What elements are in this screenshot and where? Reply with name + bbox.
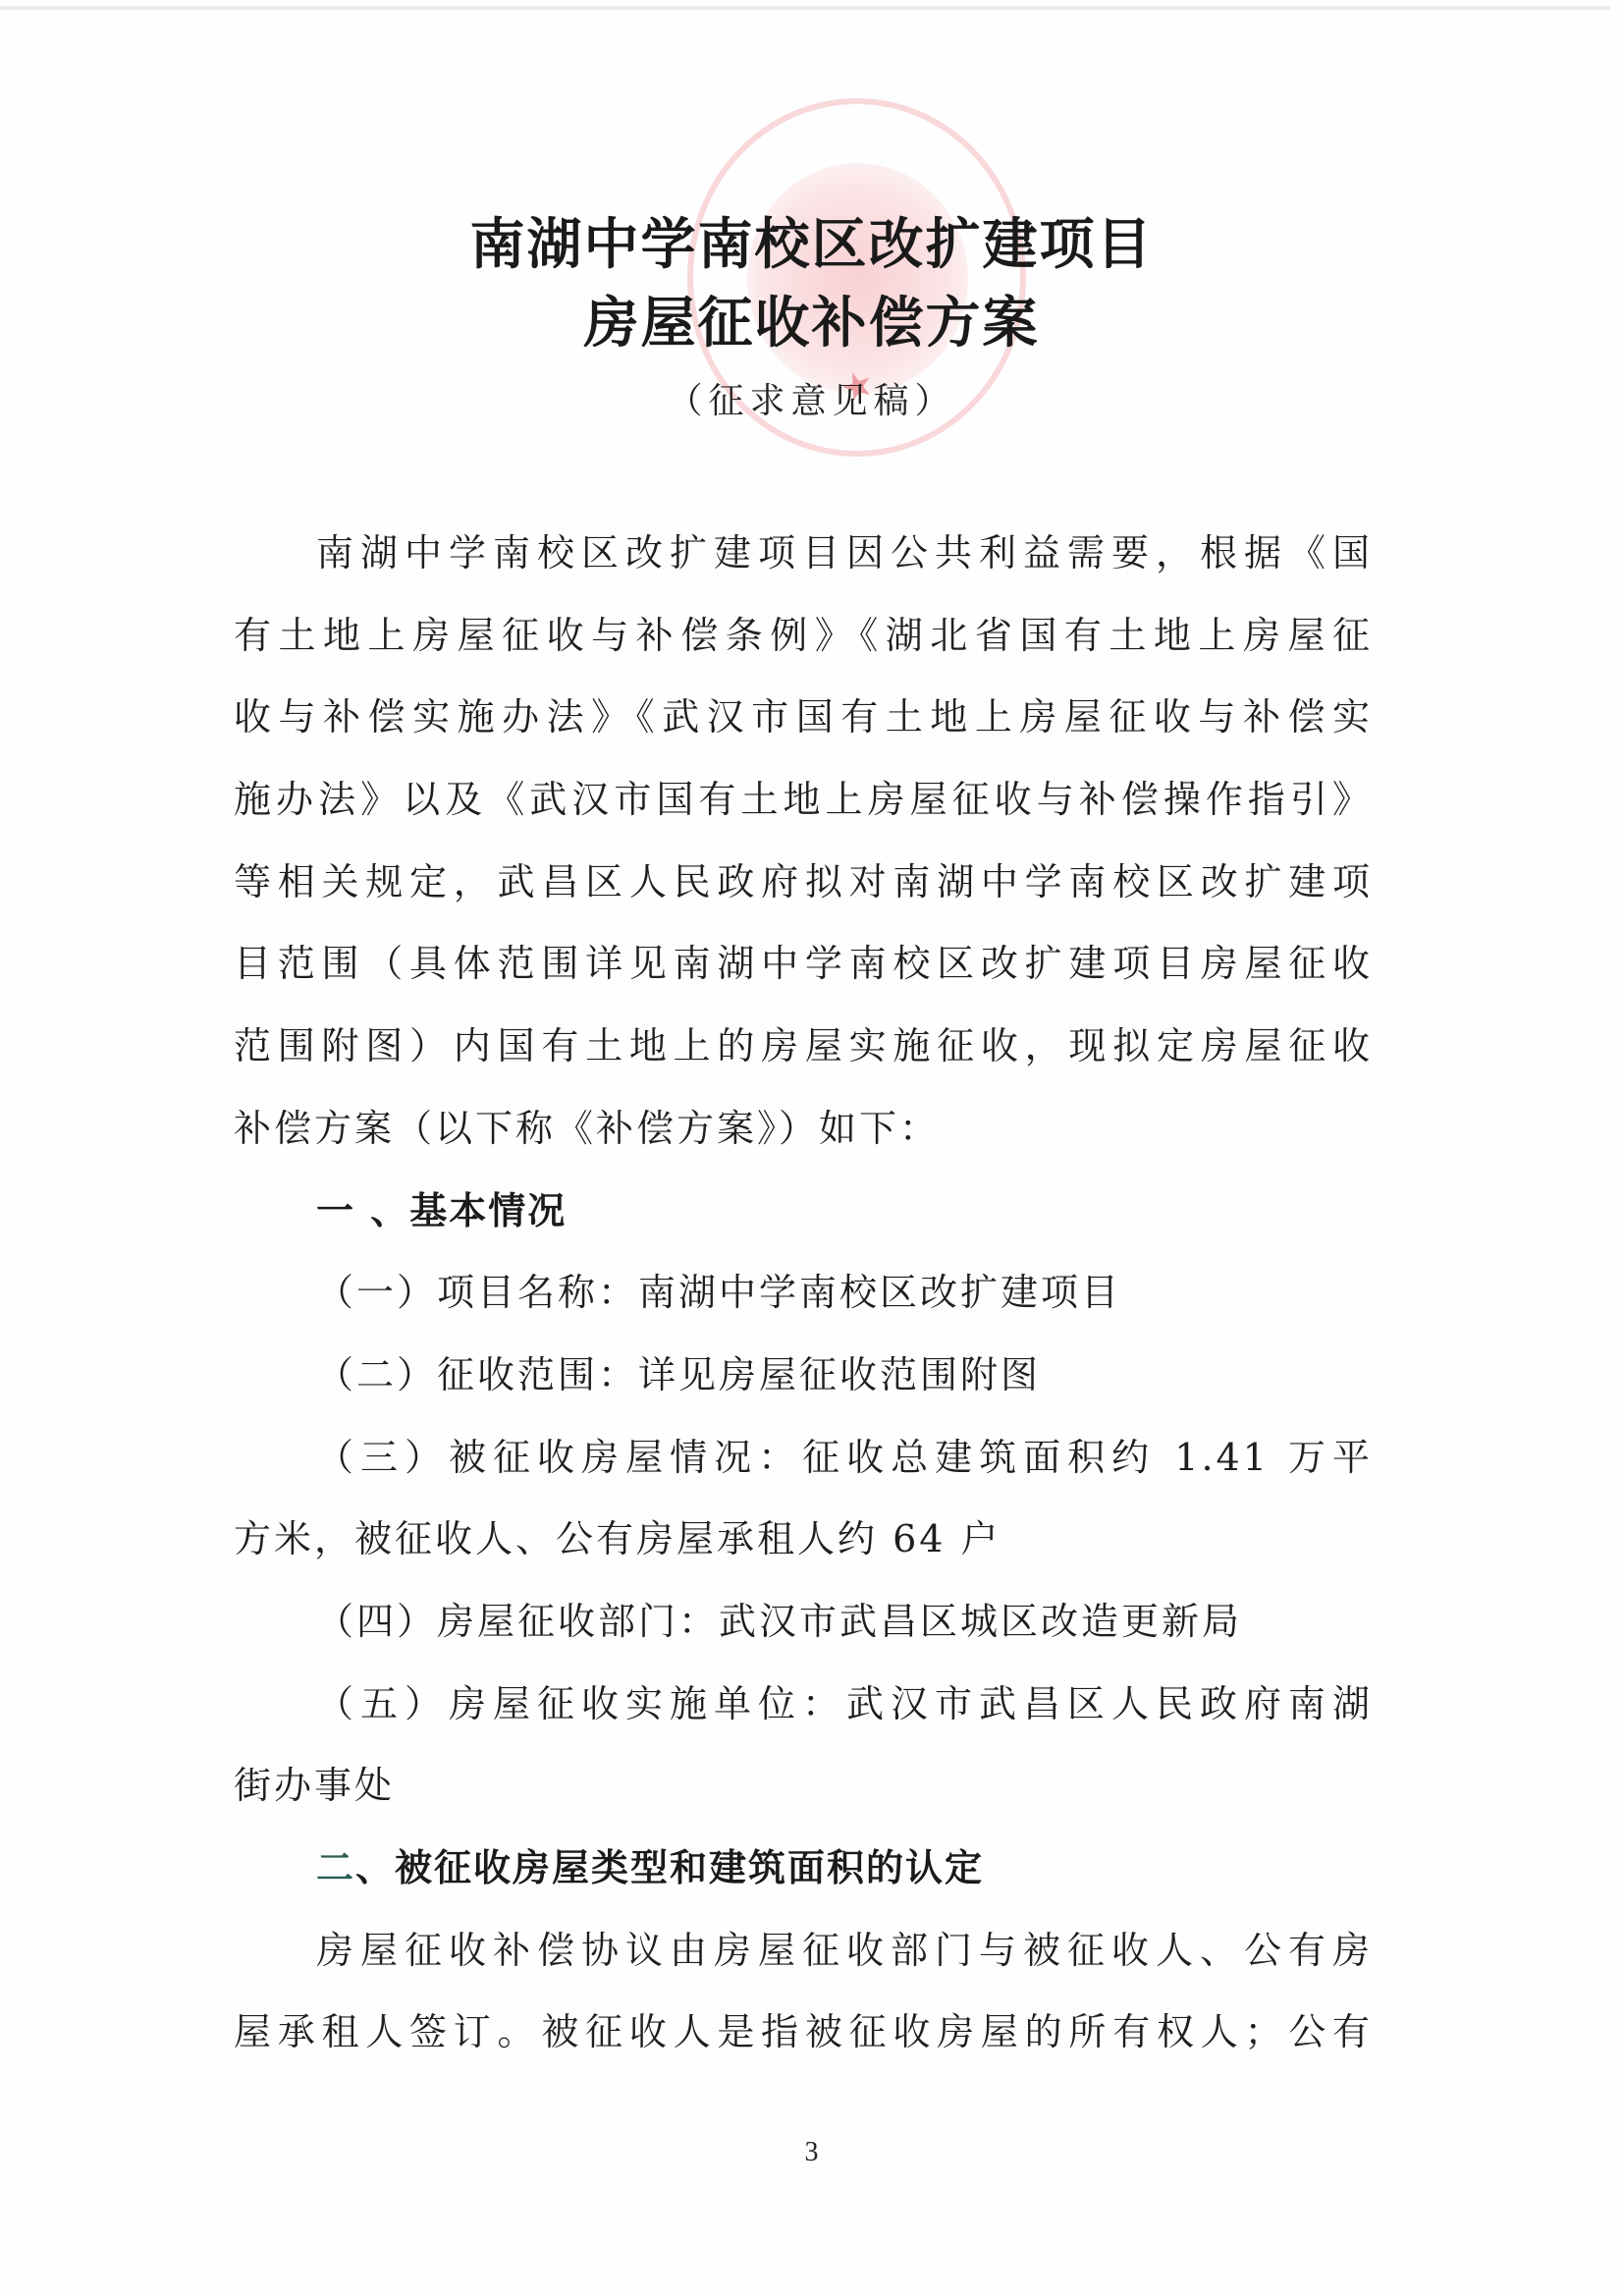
text-line: 目范围（具体范围详见南湖中学南校区改扩建项目房屋征收 xyxy=(234,923,1373,1006)
section-number: 二 xyxy=(316,1846,355,1889)
intro-paragraph: 南湖中学南校区改扩建项目因公共利益需要，根据《国 有土地上房屋征收与补偿条例》《… xyxy=(234,513,1373,1171)
text-line: 有土地上房屋征收与补偿条例》《湖北省国有土地上房屋征 xyxy=(234,595,1373,678)
text-line: 屋承租人签订。被征收人是指被征收房屋的所有权人；公有 xyxy=(234,1992,1373,2074)
document-title-line2: 房屋征收补偿方案 xyxy=(0,280,1623,358)
list-item-implementing-unit-cont: 街办事处 xyxy=(234,1745,1373,1828)
document-subtitle: （征求意见稿） xyxy=(0,373,1623,423)
list-item-implementing-unit: （五）房屋征收实施单位：武汉市武昌区人民政府南湖 xyxy=(234,1664,1373,1746)
text-line: 范围附图）内国有土地上的房屋实施征收，现拟定房屋征收 xyxy=(234,1006,1373,1088)
list-item-department: （四）房屋征收部门：武汉市武昌区城区改造更新局 xyxy=(234,1581,1373,1664)
text-line: 收与补偿实施办法》《武汉市国有土地上房屋征收与补偿实 xyxy=(234,677,1373,759)
list-item-project-name: （一）项目名称：南湖中学南校区改扩建项目 xyxy=(234,1252,1373,1335)
list-item-housing-status: （三）被征收房屋情况：征收总建筑面积约 1.41 万平 xyxy=(234,1417,1373,1500)
text-line: 补偿方案（以下称《补偿方案》）如下： xyxy=(234,1088,1373,1171)
text-line: 施办法》以及《武汉市国有土地上房屋征收与补偿操作指引》 xyxy=(234,759,1373,842)
section-heading-type-area: 二、被征收房屋类型和建筑面积的认定 xyxy=(234,1828,1373,1910)
list-item-scope: （二）征收范围：详见房屋征收范围附图 xyxy=(234,1335,1373,1417)
document-body: 南湖中学南校区改扩建项目因公共利益需要，根据《国 有土地上房屋征收与补偿条例》《… xyxy=(234,513,1373,2074)
list-item-housing-status-cont: 方米，被征收人、公有房屋承租人约 64 户 xyxy=(234,1499,1373,1581)
page-number: 3 xyxy=(0,2137,1623,2168)
text-line: 房屋征收补偿协议由房屋征收部门与被征收人、公有房 xyxy=(234,1910,1373,1993)
section2-paragraph: 房屋征收补偿协议由房屋征收部门与被征收人、公有房 屋承租人签订。被征收人是指被征… xyxy=(234,1910,1373,2074)
document-page: ★ 南湖中学南校区改扩建项目 房屋征收补偿方案 （征求意见稿） 南湖中学南校区改… xyxy=(0,0,1623,2296)
section-heading-basic-info: 一 、基本情况 xyxy=(234,1171,1373,1253)
text-line: 等相关规定，武昌区人民政府拟对南湖中学南校区改扩建项 xyxy=(234,842,1373,924)
document-title-line1: 南湖中学南校区改扩建项目 xyxy=(0,201,1623,280)
scan-edge-line xyxy=(0,6,1610,10)
section-heading-text: 、被征收房屋类型和建筑面积的认定 xyxy=(355,1846,984,1889)
section1-items: （一）项目名称：南湖中学南校区改扩建项目 （二）征收范围：详见房屋征收范围附图 … xyxy=(234,1252,1373,1828)
text-line: 南湖中学南校区改扩建项目因公共利益需要，根据《国 xyxy=(234,513,1373,595)
